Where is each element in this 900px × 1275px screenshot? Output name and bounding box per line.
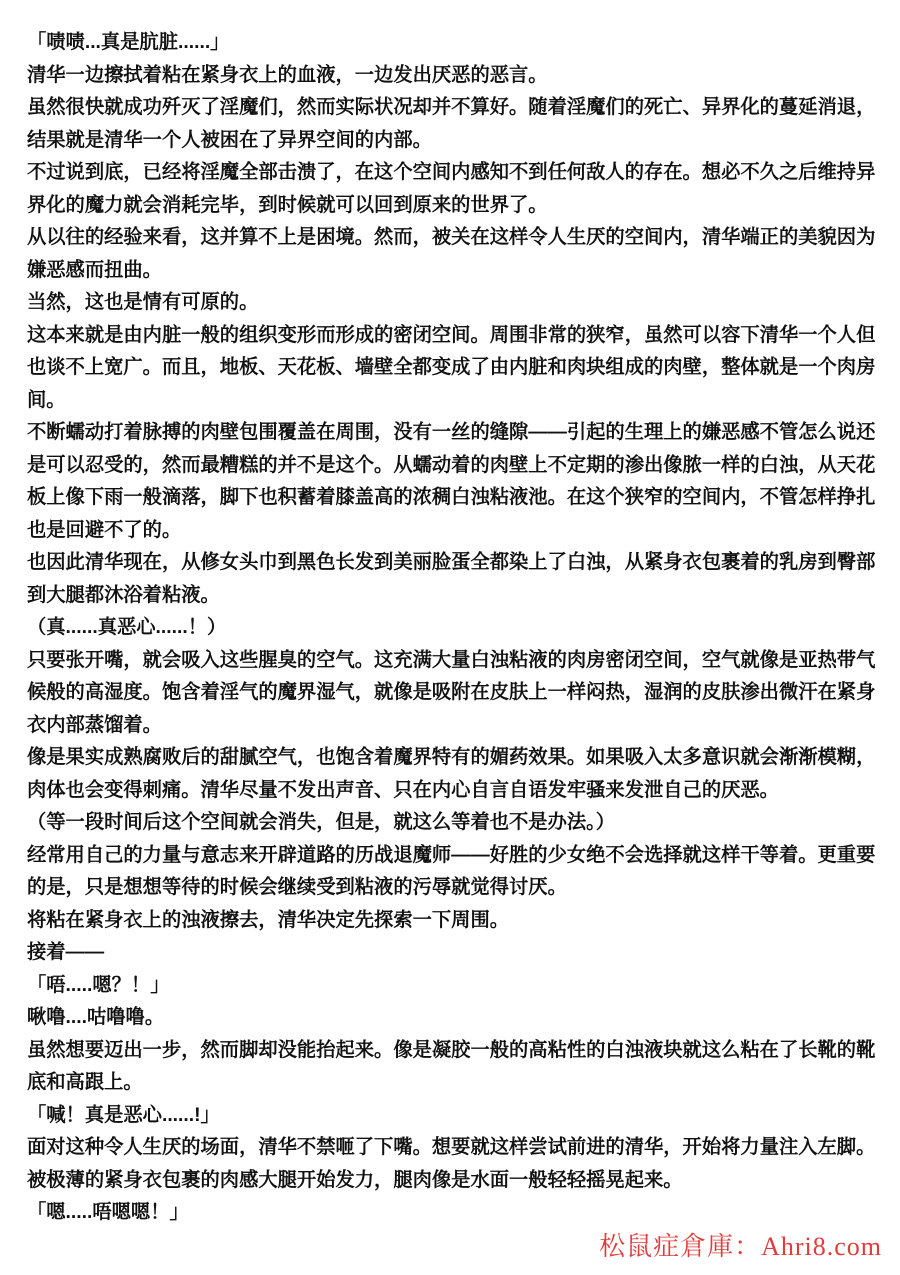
story-text: 「啧啧...真是肮脏......」清华一边擦拭着粘在紧身衣上的血液，一边发出厌恶… [27,27,885,1230]
paragraph: 清华一边擦拭着粘在紧身衣上的血液，一边发出厌恶的恶言。 [27,60,885,93]
paragraph: 将粘在紧身衣上的浊液擦去，清华决定先探索一下周围。 [27,905,885,938]
novel-page: 「啧啧...真是肮脏......」清华一边擦拭着粘在紧身衣上的血液，一边发出厌恶… [0,0,900,1275]
paragraph: （等一段时间后这个空间就会消失，但是，就这么等着也不是办法。） [27,807,885,840]
paragraph: 不断蠕动打着脉搏的肉壁包围覆盖在周围，没有一丝的缝隙——引起的生理上的嫌恶感不管… [27,417,885,547]
paragraph: 当然，这也是情有可原的。 [27,287,885,320]
watermark: 松鼠症倉庫：Ahri8.com [599,1226,882,1263]
paragraph: 「唔.....嗯？！」 [27,970,885,1003]
paragraph: 虽然很快就成功歼灭了淫魔们，然而实际状况却并不算好。随着淫魔们的死亡、异界化的蔓… [27,92,885,157]
paragraph: 也因此清华现在，从修女头巾到黑色长发到美丽脸蛋全都染上了白浊，从紧身衣包裹着的乳… [27,547,885,612]
paragraph: 从以往的经验来看，这并算不上是困境。然而，被关在这样令人生厌的空间内，清华端正的… [27,222,885,287]
paragraph: 不过说到底，已经将淫魔全部击溃了，在这个空间内感知不到任何敌人的存在。想必不久之… [27,157,885,222]
paragraph: 「喊！真是恶心......!」 [27,1100,885,1133]
paragraph: 经常用自己的力量与意志来开辟道路的历战退魔师——好胜的少女绝不会选择就这样干等着… [27,840,885,905]
paragraph: 面对这种令人生厌的场面，清华不禁咂了下嘴。想要就这样尝试前进的清华，开始将力量注… [27,1132,885,1165]
paragraph: 接着—— [27,937,885,970]
paragraph: 这本来就是由内脏一般的组织变形而形成的密闭空间。周围非常的狭窄，虽然可以容下清华… [27,320,885,418]
paragraph: （真......真恶心......！） [27,612,885,645]
paragraph: 像是果实成熟腐败后的甜腻空气，也饱含着魔界特有的媚药效果。如果吸入太多意识就会渐… [27,742,885,807]
paragraph: 「嗯.....唔嗯嗯！」 [27,1197,885,1230]
paragraph: 「啧啧...真是肮脏......」 [27,27,885,60]
paragraph: 只要张开嘴，就会吸入这些腥臭的空气。这充满大量白浊粘液的肉房密闭空间，空气就像是… [27,645,885,743]
paragraph: 啾噜....咕噜噜。 [27,1002,885,1035]
paragraph: 被极薄的紧身衣包裹的肉感大腿开始发力，腿肉像是水面一般轻轻摇晃起来。 [27,1165,885,1198]
paragraph: 虽然想要迈出一步，然而脚却没能抬起来。像是凝胶一般的高粘性的白浊液块就这么粘在了… [27,1035,885,1100]
